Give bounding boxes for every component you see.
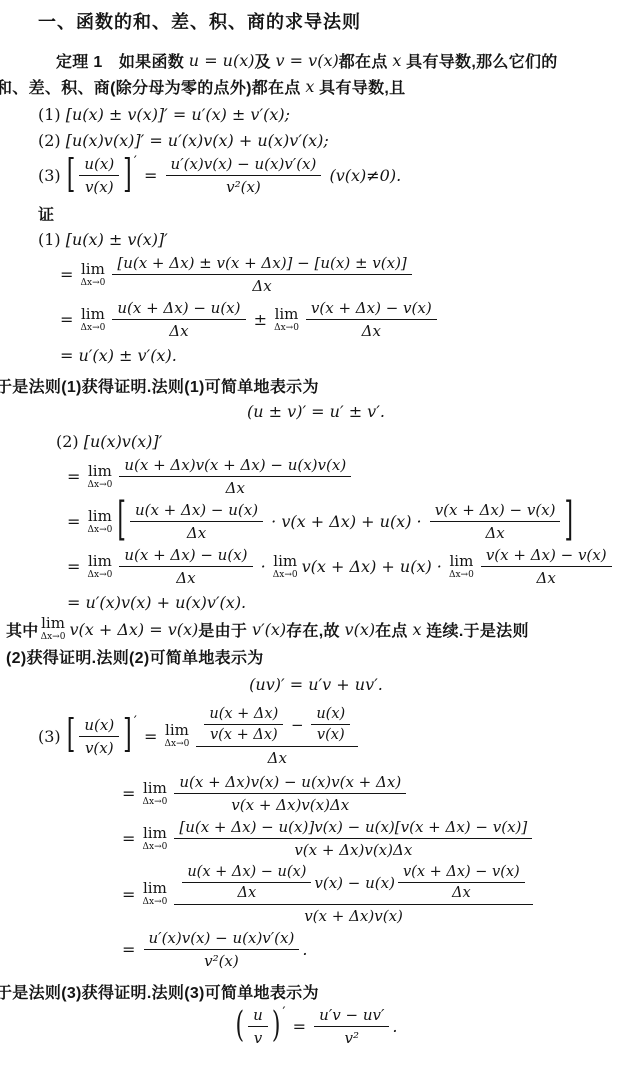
stretched-bracket: ] — [564, 498, 573, 544]
cjk-text: 都在点 — [339, 49, 393, 72]
fraction-denominator: Δx — [263, 747, 292, 767]
limit-word: lim — [41, 616, 65, 631]
fraction-denominator: Δx — [532, 567, 561, 587]
limit-word: lim — [275, 307, 299, 322]
math-text: (v(x)≠0). — [324, 166, 401, 185]
limit-subscript: Δx→0 — [81, 279, 106, 288]
limit-operator: limΔx→0 — [274, 307, 299, 333]
fraction-numerator: u(x + Δx) − u(x)Δxv(x) − u(x)v(x + Δx) −… — [174, 863, 532, 905]
math-text: v(x) — [85, 739, 114, 757]
fraction: u(x + Δx) − u(x)Δx — [119, 546, 252, 587]
fraction-numerator: u′(x)v(x) − u(x)v′(x) — [166, 155, 322, 176]
cjk-text: 连续.于是法则 — [421, 618, 528, 641]
fraction-denominator: Δx — [164, 320, 193, 340]
fraction: u′(x)v(x) − u(x)v′(x)v²(x) — [166, 155, 322, 196]
cjk-text: 存在,故 — [286, 618, 344, 641]
limit-operator: limΔx→0 — [88, 464, 113, 490]
fraction-numerator: u′v − uv′ — [314, 1006, 389, 1027]
math-text: = — [288, 1017, 312, 1036]
fraction: [u(x + Δx) ± v(x + Δx)] − [u(x) ± v(x)]Δ… — [112, 254, 411, 295]
fraction: v(x + Δx) − v(x)Δx — [398, 864, 525, 901]
math-text: (u ± v)′ = u′ ± v′. — [247, 402, 385, 421]
fraction: uv — [248, 1006, 268, 1047]
math-text: u(x + Δx) − u(x) — [135, 501, 258, 519]
fraction-denominator: v(x) — [80, 176, 119, 196]
fraction-denominator: Δx — [480, 522, 509, 542]
math-text: x — [305, 77, 314, 96]
math-text: u′(x)v(x) − u(x)v′(x) — [171, 155, 317, 173]
math-text: u(x + Δx) − u(x) — [124, 546, 247, 564]
math-text: v(x + Δx)v(x) — [304, 907, 403, 925]
fraction-numerator: u(x) — [311, 706, 350, 725]
fraction: v(x + Δx) − v(x)Δx — [481, 546, 612, 587]
fraction: u(x + Δx)v(x + Δx) − u(x)v(x)Δx — [196, 705, 358, 767]
limit-word: lim — [88, 464, 112, 479]
limit-subscript: Δx→0 — [273, 571, 298, 580]
math-text: u — [253, 1006, 263, 1024]
roman-text: (1) — [38, 230, 66, 249]
fraction: u(x)v(x) — [79, 716, 119, 757]
fraction: u(x + Δx) − u(x)Δx — [112, 299, 245, 340]
limit-subscript: Δx→0 — [143, 798, 168, 807]
fraction-numerator: v(x + Δx) − v(x) — [430, 501, 561, 522]
math-text: Δx — [226, 479, 245, 497]
fraction: u(x + Δx) − u(x)Δxv(x) − u(x)v(x + Δx) −… — [174, 863, 532, 925]
fraction-numerator: v(x + Δx) − v(x) — [306, 299, 437, 320]
cjk-text: 具有导数,且 — [314, 75, 405, 98]
prime-superscript: ′ — [134, 714, 137, 730]
math-text: = — [67, 512, 86, 531]
prime-superscript: ′ — [282, 1005, 285, 1021]
fraction-denominator: Δx — [171, 567, 200, 587]
fraction-denominator: v²(x) — [221, 176, 266, 196]
cjk-text: 一、函数的和、差、积、商的求导法则 — [38, 8, 361, 34]
math-text: = — [67, 557, 86, 576]
limit-word: lim — [81, 307, 105, 322]
fraction: u(x + Δx)v(x + Δx) — [204, 706, 283, 743]
limit-operator: limΔx→0 — [41, 616, 66, 642]
math-text: · — [256, 557, 271, 576]
roman-text: (3) — [38, 166, 66, 185]
textbook-page: 一、函数的和、差、积、商的求导法则 定理 1 如果函数 u = u(x)及 v … — [0, 0, 630, 1080]
limit-word: lim — [143, 881, 167, 896]
fraction-denominator: Δx — [233, 883, 262, 901]
cjk-text: (2)获得证明.法则(2)可简单地表示为 — [6, 645, 264, 668]
prime-superscript: ′ — [134, 154, 137, 170]
section-title: 一、函数的和、差、积、商的求导法则 — [10, 8, 622, 34]
math-text: Δx — [452, 885, 471, 901]
math-text: = — [67, 467, 86, 486]
roman-text: (1) — [38, 105, 66, 124]
cjk-text: 是由于 — [198, 618, 252, 641]
proof2-step-3: = limΔx→0u(x + Δx) − u(x)Δx · limΔx→0v(x… — [10, 545, 622, 588]
math-text: v² — [345, 1029, 360, 1047]
fraction-denominator: v(x) — [312, 725, 350, 743]
fraction-denominator: v(x + Δx)v(x)Δx — [226, 794, 354, 814]
math-text: v(x + Δx) − v(x) — [435, 501, 556, 519]
limit-operator: limΔx→0 — [449, 554, 474, 580]
limit-subscript: Δx→0 — [449, 571, 474, 580]
math-text: u = u(x) — [189, 51, 255, 70]
fraction-numerator: u(x + Δx)v(x) − u(x)v(x + Δx) — [174, 773, 406, 794]
limit-subscript: Δx→0 — [165, 740, 190, 749]
fraction-denominator: v(x + Δx)v(x)Δx — [289, 839, 417, 859]
math-text: = — [122, 940, 141, 959]
limit-operator: limΔx→0 — [143, 881, 168, 907]
stretched-bracket: ] — [123, 156, 132, 196]
proof3-step-5: = u′(x)v(x) − u(x)v′(x)v²(x). — [10, 928, 622, 971]
cjk-text: 于是法则(1)获得证明.法则(1)可简单地表示为 — [0, 374, 319, 397]
math-text: (uv)′ = u′v + uv′. — [249, 675, 383, 694]
rule-1-formula: (1) [u(x) ± v(x)]′ = u′(x) ± v′(x); — [10, 102, 622, 126]
math-text: v(x + Δx) = v(x) — [69, 620, 198, 639]
math-text: = — [122, 829, 141, 848]
cjk-text: 及 — [255, 49, 276, 72]
math-text: Δx — [169, 322, 188, 340]
fraction-numerator: u(x + Δx) − u(x) — [182, 864, 311, 883]
proof3-step-1: (3) [u(x)v(x)]′ = limΔx→0u(x + Δx)v(x + … — [10, 704, 622, 768]
math-text: u′(x)v(x) − u(x)v′(x) — [149, 929, 295, 947]
math-text: u(x) — [84, 716, 114, 734]
fraction-numerator: u(x + Δx) — [204, 706, 283, 725]
limit-subscript: Δx→0 — [143, 898, 168, 907]
fraction: u(x)v(x) — [311, 706, 350, 743]
math-text: u(x + Δx) — [209, 706, 278, 722]
continuity-remark: 其中limΔx→0v(x + Δx) = v(x)是由于 v′(x)存在,故 v… — [6, 616, 622, 642]
proof1-step-1: = limΔx→0[u(x + Δx) ± v(x + Δx)] − [u(x)… — [10, 253, 622, 296]
theorem-line-1: 定理 1 如果函数 u = u(x)及 v = v(x)都在点 x 具有导数,那… — [10, 48, 622, 72]
math-text: . — [302, 940, 307, 959]
limit-operator: limΔx→0 — [88, 554, 113, 580]
fraction-denominator: v(x) — [80, 737, 119, 757]
limit-word: lim — [143, 826, 167, 841]
math-text: Δx — [252, 277, 271, 295]
limit-subscript: Δx→0 — [88, 526, 113, 535]
cjk-text: 于是法则(3)获得证明.法则(3)可简单地表示为 — [0, 980, 319, 1003]
fraction-denominator: Δx — [447, 883, 476, 901]
roman-text: (2) — [56, 432, 84, 451]
fraction: v(x + Δx) − v(x)Δx — [306, 299, 437, 340]
fraction: u(x)v(x) — [79, 155, 119, 196]
limit-operator: limΔx→0 — [143, 826, 168, 852]
math-text: u(x) — [316, 706, 345, 722]
fraction: u(x + Δx) − u(x)Δx — [182, 864, 311, 901]
fraction-denominator: v²(x) — [199, 950, 244, 970]
math-text: Δx — [238, 885, 257, 901]
fraction-denominator: v² — [340, 1027, 365, 1047]
math-text: u(x + Δx) − u(x) — [117, 299, 240, 317]
math-text: Δx — [485, 524, 504, 542]
math-text: [u(x + Δx) ± v(x + Δx)] − [u(x) ± v(x)] — [117, 254, 406, 272]
math-text: v(x) — [317, 727, 345, 743]
math-text: v(x) − u(x) — [314, 874, 395, 892]
math-text: [u(x + Δx) − u(x)]v(x) − u(x)[v(x + Δx) … — [179, 818, 527, 836]
math-text: v(x + Δx) — [210, 727, 278, 743]
proof2-step-2: = limΔx→0[u(x + Δx) − u(x)Δx · v(x + Δx)… — [10, 500, 622, 543]
math-text: = — [139, 727, 163, 746]
proof3-step-2: = limΔx→0u(x + Δx)v(x) − u(x)v(x + Δx)v(… — [10, 772, 622, 815]
math-text: v′(x) — [252, 620, 286, 639]
fraction-denominator: Δx — [182, 522, 211, 542]
limit-subscript: Δx→0 — [88, 481, 113, 490]
limit-operator: limΔx→0 — [88, 509, 113, 535]
math-text: [u(x)v(x)]′ = u′(x)v(x) + u(x)v′(x); — [66, 131, 329, 150]
limit-subscript: Δx→0 — [143, 843, 168, 852]
math-text: [u(x) ± v(x)]′ — [66, 230, 168, 249]
fraction-numerator: v(x + Δx) − v(x) — [398, 864, 525, 883]
math-text: v — [254, 1029, 262, 1047]
stretched-bracket: ( — [236, 1009, 245, 1044]
fraction-denominator: Δx — [247, 275, 276, 295]
math-text: v(x) — [345, 620, 376, 639]
proof2-step-1: = limΔx→0u(x + Δx)v(x + Δx) − u(x)v(x)Δx — [10, 455, 622, 498]
rule2-simple-form: (uv)′ = u′v + uv′. — [10, 672, 622, 696]
math-text: = — [139, 166, 163, 185]
math-text: v²(x) — [204, 952, 239, 970]
fraction-numerator: u(x + Δx) − u(x) — [112, 299, 245, 320]
cjk-text: 具有导数,那么它们的 — [401, 49, 557, 72]
fraction-denominator: v(x + Δx) — [205, 725, 283, 743]
math-text: ± — [249, 310, 273, 329]
rule1-simple-form: (u ± v)′ = u′ ± v′. — [10, 399, 622, 423]
fraction-denominator: v — [249, 1027, 267, 1047]
limit-word: lim — [88, 509, 112, 524]
fraction-denominator: v(x + Δx)v(x) — [299, 905, 408, 925]
math-text: = — [122, 784, 141, 803]
fraction: u(x + Δx)v(x) − u(x)v(x + Δx)v(x + Δx)v(… — [174, 773, 406, 814]
limit-operator: limΔx→0 — [165, 723, 190, 749]
fraction-numerator: u — [248, 1006, 268, 1027]
limit-word: lim — [88, 554, 112, 569]
math-text: Δx — [268, 749, 287, 767]
rule3-simple-form: (uv)′ = u′v − uv′v². — [10, 1005, 622, 1048]
rule1-conclusion: 于是法则(1)获得证明.法则(1)可简单地表示为 — [0, 373, 622, 397]
math-text: v(x + Δx) + u(x) · — [302, 557, 447, 576]
fraction-numerator: u(x) — [79, 716, 119, 737]
math-text: u(x + Δx)v(x + Δx) − u(x)v(x) — [124, 456, 346, 474]
fraction: v(x + Δx) − v(x)Δx — [430, 501, 561, 542]
proof2-step-4: = u′(x)v(x) + u(x)v′(x). — [10, 590, 622, 614]
math-text: v(x + Δx) − v(x) — [311, 299, 432, 317]
theorem-line-2: 和、差、积、商(除分母为零的点外)都在点 x 具有导数,且 — [0, 74, 622, 98]
limit-operator: limΔx→0 — [81, 262, 106, 288]
proof-label: 证 — [10, 201, 622, 225]
roman-text: (2) — [38, 131, 66, 150]
limit-operator: limΔx→0 — [273, 554, 298, 580]
math-text: = u′(x) ± v′(x). — [60, 346, 177, 365]
fraction-numerator: v(x + Δx) − v(x) — [481, 546, 612, 567]
proof1-step-3: = u′(x) ± v′(x). — [10, 343, 622, 367]
fraction-denominator: Δx — [357, 320, 386, 340]
fraction-numerator: u(x + Δx)v(x + Δx) − u(x)v(x) — [119, 456, 351, 477]
rule-2-formula: (2) [u(x)v(x)]′ = u′(x)v(x) + u(x)v′(x); — [10, 128, 622, 152]
math-text: v²(x) — [226, 178, 261, 196]
cjk-text: 其中 — [6, 618, 39, 641]
math-text: v = v(x) — [276, 51, 339, 70]
roman-text: (3) — [38, 727, 66, 746]
limit-word: lim — [81, 262, 105, 277]
proof2-lhs: (2) [u(x)v(x)]′ — [10, 429, 622, 453]
fraction: u(x + Δx) − u(x)Δx — [130, 501, 263, 542]
math-text: v(x + Δx)v(x)Δx — [231, 796, 349, 814]
limit-subscript: Δx→0 — [88, 571, 113, 580]
math-text: Δx — [537, 569, 556, 587]
math-text: = — [60, 265, 79, 284]
proof3-step-3: = limΔx→0[u(x + Δx) − u(x)]v(x) − u(x)[v… — [10, 817, 622, 860]
math-text: x — [412, 620, 421, 639]
limit-word: lim — [273, 554, 297, 569]
fraction: u(x + Δx)v(x + Δx) − u(x)v(x)Δx — [119, 456, 351, 497]
math-text: u′v − uv′ — [319, 1006, 384, 1024]
math-text: v(x + Δx)v(x)Δx — [294, 841, 412, 859]
stretched-bracket: ] — [123, 716, 132, 756]
fraction: [u(x + Δx) − u(x)]v(x) − u(x)[v(x + Δx) … — [174, 818, 532, 859]
limit-subscript: Δx→0 — [41, 633, 66, 642]
limit-word: lim — [165, 723, 189, 738]
math-text: [u(x)v(x)]′ — [84, 432, 162, 451]
fraction-numerator: [u(x + Δx) ± v(x + Δx)] − [u(x) ± v(x)] — [112, 254, 411, 275]
fraction: u′v − uv′v² — [314, 1006, 389, 1047]
math-text: · v(x + Δx) + u(x) · — [266, 512, 427, 531]
limit-word: lim — [449, 554, 473, 569]
math-text: Δx — [362, 322, 381, 340]
math-text: Δx — [176, 569, 195, 587]
math-text: = u′(x)v(x) + u(x)v′(x). — [67, 593, 246, 612]
stretched-bracket: [ — [67, 716, 76, 756]
limit-subscript: Δx→0 — [274, 324, 299, 333]
rule2-conclusion: (2)获得证明.法则(2)可简单地表示为 — [6, 644, 622, 668]
fraction-numerator: [u(x + Δx) − u(x)]v(x) − u(x)[v(x + Δx) … — [174, 818, 532, 839]
math-text: u(x + Δx)v(x) − u(x)v(x + Δx) — [179, 773, 401, 791]
math-text: u(x + Δx) − u(x) — [187, 864, 306, 880]
fraction-numerator: u(x + Δx) − u(x) — [130, 501, 263, 522]
stretched-bracket: [ — [117, 498, 126, 544]
math-text: x — [392, 51, 401, 70]
stretched-bracket: ) — [272, 1009, 281, 1044]
math-text: = — [122, 885, 141, 904]
fraction-numerator: u(x + Δx)v(x + Δx) − u(x)v(x) — [196, 705, 358, 747]
proof1-lhs: (1) [u(x) ± v(x)]′ — [10, 227, 622, 251]
limit-operator: limΔx→0 — [143, 781, 168, 807]
cjk-text: 在点 — [375, 618, 412, 641]
math-text: = — [60, 310, 79, 329]
math-text: Δx — [187, 524, 206, 542]
fraction-denominator: Δx — [221, 477, 250, 497]
limit-word: lim — [143, 781, 167, 796]
stretched-bracket: [ — [67, 156, 76, 196]
math-text: u(x) — [84, 155, 114, 173]
proof3-step-4: = limΔx→0u(x + Δx) − u(x)Δxv(x) − u(x)v(… — [10, 862, 622, 926]
rule-3-formula: (3) [u(x)v(x)]′ = u′(x)v(x) − u(x)v′(x)v… — [10, 154, 622, 197]
fraction-numerator: u(x) — [79, 155, 119, 176]
fraction-numerator: u′(x)v(x) − u(x)v′(x) — [144, 929, 300, 950]
rule3-conclusion: 于是法则(3)获得证明.法则(3)可简单地表示为 — [0, 979, 622, 1003]
math-text: − — [286, 716, 308, 734]
cjk-text: 定理 1 如果函数 — [56, 49, 189, 72]
proof1-step-2: = limΔx→0u(x + Δx) − u(x)Δx ± limΔx→0v(x… — [10, 298, 622, 341]
limit-operator: limΔx→0 — [81, 307, 106, 333]
limit-subscript: Δx→0 — [81, 324, 106, 333]
cjk-text: 和、差、积、商(除分母为零的点外)都在点 — [0, 75, 305, 98]
math-text: v(x) — [85, 178, 114, 196]
math-text: . — [392, 1017, 397, 1036]
cjk-text: 证 — [38, 202, 54, 225]
fraction: u′(x)v(x) − u(x)v′(x)v²(x) — [144, 929, 300, 970]
math-text: [u(x) ± v(x)]′ = u′(x) ± v′(x); — [66, 105, 290, 124]
math-text: v(x + Δx) − v(x) — [403, 864, 520, 880]
math-text: v(x + Δx) − v(x) — [486, 546, 607, 564]
fraction-numerator: u(x + Δx) − u(x) — [119, 546, 252, 567]
